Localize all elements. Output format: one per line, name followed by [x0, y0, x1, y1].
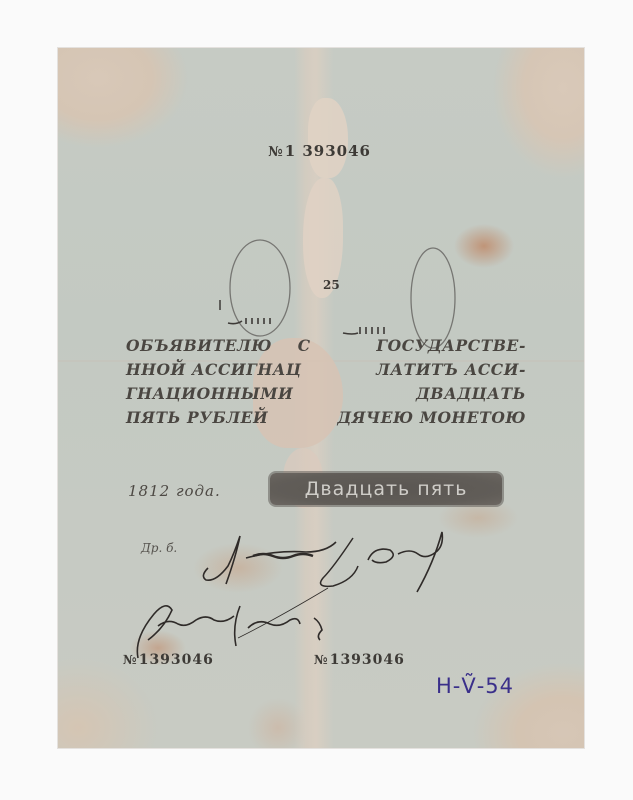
serial-digits: 1393046	[139, 652, 214, 668]
denomination-mark: 25	[323, 278, 340, 292]
text-fragment: с	[298, 334, 311, 358]
text-fragment: латитъ асси-	[376, 358, 526, 382]
serial-digits: 1393046	[330, 652, 405, 668]
serial-number-bottom-left: №1393046	[123, 652, 214, 668]
serial-prefix: №	[268, 144, 284, 160]
text-line: гнационными двадцать	[126, 382, 526, 406]
text-fragment: Объявителю	[126, 334, 272, 358]
amount-panel: Двадцать пять	[270, 473, 502, 505]
amount-text: Двадцать пять	[305, 478, 468, 500]
text-fragment: дячею монетою	[337, 406, 526, 430]
assignat-banknote: №1 393046 25 Объявителю с государстве- н…	[58, 48, 584, 748]
serial-prefix: №	[314, 652, 329, 667]
signature-icon	[128, 518, 548, 668]
serial-number-top: №1 393046	[268, 142, 371, 160]
text-line: Объявителю с государстве-	[126, 334, 526, 358]
text-line: нной ассигнац латитъ асси-	[126, 358, 526, 382]
paper-damage	[308, 98, 348, 178]
text-fragment: пять рублей	[126, 406, 268, 430]
serial-prefix: №	[123, 652, 138, 667]
scan-background: №1 393046 25 Объявителю с государстве- н…	[0, 0, 633, 800]
text-line: пять рублей дячею монетою	[126, 406, 526, 430]
issue-year: 1812 года.	[128, 482, 221, 500]
text-fragment: государстве-	[376, 334, 526, 358]
text-fragment: двадцать	[416, 382, 526, 406]
archive-inventory-mark: H-Ṽ-54	[436, 674, 514, 698]
director-label: Др. б.	[141, 541, 177, 555]
serial-digits: 1 393046	[285, 142, 371, 160]
promise-text: Объявителю с государстве- нной ассигнац …	[126, 334, 526, 430]
text-fragment: нной ассигнац	[126, 358, 302, 382]
text-fragment: гнационными	[126, 382, 293, 406]
serial-number-bottom-right: №1393046	[314, 652, 405, 668]
